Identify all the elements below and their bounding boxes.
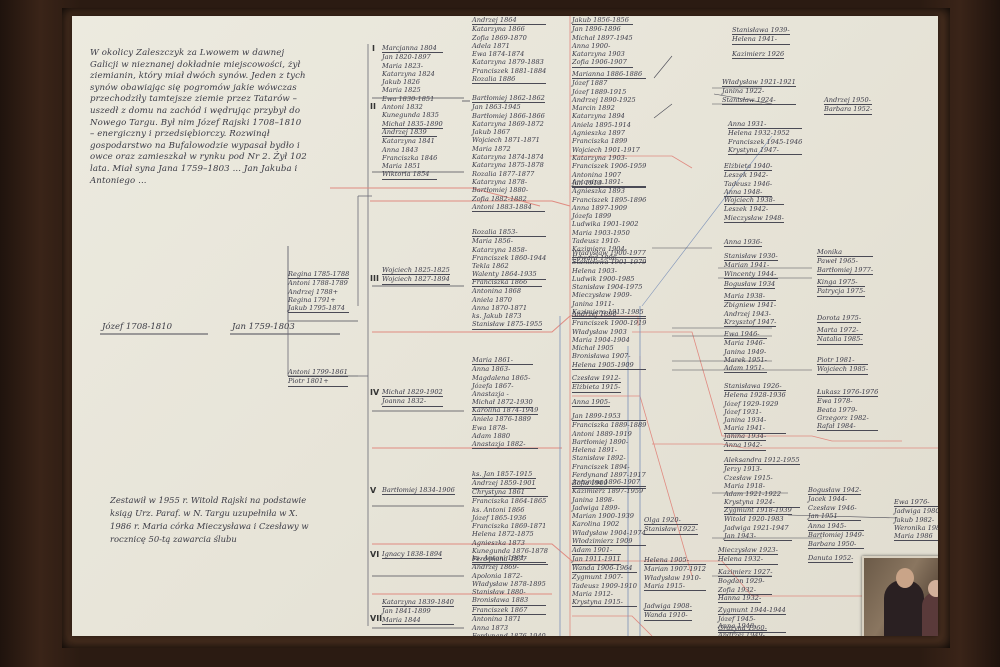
block-f-andrzej: Andrzej 1950-Barbara 1952- — [824, 96, 872, 115]
person-entry: Michał 1905 — [572, 344, 646, 352]
person-entry: Ewa 1830-1851 — [382, 95, 443, 103]
person-entry: Marek 1951- — [724, 356, 767, 364]
person-entry: Anna 1870-1871 — [472, 304, 542, 312]
person-entry: Katarzyna 1903- — [572, 154, 646, 162]
person-entry: Katarzyna 1858- — [472, 246, 546, 254]
person-entry: Anna 1863- — [472, 365, 533, 373]
person-entry: Aniela 1895-1914 — [572, 121, 646, 129]
person-entry: Maria 1823- — [382, 62, 443, 70]
person-entry: Andrzej 1788+ — [288, 288, 349, 296]
person-entry: Krzysztof 1947- — [724, 318, 776, 327]
person-entry: Danuta 1952- — [808, 554, 853, 563]
person-entry: Helena 1932- — [718, 555, 778, 564]
person-entry: Kazimierz 1897-1959 — [572, 487, 646, 495]
person-entry: Krystyna 1915- — [572, 598, 637, 607]
person-entry: Katarzyna 1878- — [472, 178, 545, 186]
person-entry: Regina 1791+ — [288, 296, 349, 304]
generation-mark-v: V — [370, 486, 376, 495]
person-entry: Katarzyna 1875-1878 — [472, 161, 545, 169]
block-gen-iv-michal: Michał 1829-1902Joanna 1832- — [382, 388, 443, 407]
person-entry: Karolina 1902 — [572, 520, 646, 528]
person-entry: Bartłomiej 1977- — [817, 266, 873, 275]
block-gen-i: Marcjanna 1804Jan 1820-1897Maria 1823-Ka… — [382, 44, 443, 129]
person-entry: Wanda 1906-1964 — [572, 564, 637, 573]
person-entry: Beata 1979- — [817, 406, 878, 414]
person-entry: Andrzej 1890-1925 — [572, 96, 646, 104]
person-entry: Helena 1903- — [572, 267, 646, 275]
person-entry: Katarzyna 1894 — [572, 112, 646, 120]
person-entry: Ludwika 1901-1902 — [572, 220, 646, 228]
person-entry: Franciszka 1889-1889 — [572, 421, 646, 429]
person-entry: Maria 1938- — [724, 292, 776, 301]
person-entry: Helena 1872-1875 — [472, 530, 548, 538]
person-entry: Jakub 1826 — [382, 78, 443, 86]
person-entry: Bogdan 1929- — [718, 577, 772, 585]
person-entry: Andrzej 1950- — [824, 96, 872, 105]
person-entry: Czesław 1946- — [808, 504, 861, 512]
photo-man-head — [896, 568, 914, 588]
couple-photograph — [862, 556, 938, 636]
person-entry: Andrzej 1864 — [472, 16, 546, 25]
block-f-piotr: Piotr 1981-Wojciech 1985- — [817, 356, 868, 375]
block-children-ks-antoni: ks. Antoni 1861-Andrzej 1869-Apolonia 18… — [472, 554, 546, 606]
person-entry: Kazimierz 1927- — [718, 568, 772, 577]
block-d-jadwiga: Jadwiga 1908-Wanda 1910- — [644, 602, 692, 621]
person-entry: Stanisława 1939- — [732, 26, 790, 35]
person-entry: Ewa 1878- — [472, 424, 538, 432]
person-entry: Mieczysław 1923- — [718, 546, 778, 555]
person-entry: Agnieszka 1893 — [572, 187, 646, 195]
person-entry: Ignacy 1838-1894 — [382, 550, 442, 559]
block-children-ks-jan: ks. Jan 1857-1915Andrzej 1859-1901 — [472, 470, 536, 489]
person-entry: Adela 1871 — [472, 42, 546, 50]
person-entry: Barbara 1950- — [808, 540, 864, 549]
person-entry: Bartłomiej 1890- — [572, 438, 646, 446]
person-entry: Maria 1851 — [382, 162, 437, 170]
block-e-hanna: Hanna 1932- — [718, 594, 761, 603]
person-entry: Bartłomiej 1862-1862 — [472, 94, 545, 103]
gen1-children: Regina 1785-1788Antoni 1788-1789Andrzej … — [288, 270, 349, 313]
block-e-boguslaw: Bogusław 1934 — [724, 280, 775, 289]
person-entry: Tadeusz 1910- — [572, 237, 646, 245]
person-entry: Janina 1922- — [722, 87, 796, 95]
person-entry: Monika — [817, 248, 873, 257]
person-entry: Helena 1932-1952 — [728, 129, 802, 137]
person-entry: Hanna 1932- — [718, 594, 761, 603]
generation-mark-iii: III — [370, 274, 379, 283]
person-entry: Bartłomiej 1834-1906 — [382, 486, 455, 495]
person-entry: Helena 1905-1909 — [572, 361, 646, 370]
person-entry: Krystyna 1947- — [728, 146, 802, 155]
person-entry: Helena 1905- — [644, 556, 706, 565]
person-entry: Jadwiga 1899- — [572, 504, 646, 512]
person-entry: Franciszek 1900-1919 — [572, 319, 646, 327]
person-entry: Aleksandra 1912-1955 — [724, 456, 800, 465]
person-entry: Elżbieta 1940- — [724, 162, 772, 171]
person-entry: Jakub 1982- — [894, 516, 938, 524]
person-entry: Łukasz 1976-1976 — [817, 388, 878, 397]
block-e-anna-1936: Anna 1936- — [724, 238, 762, 247]
person-entry: Zofia 1869-1870 — [472, 34, 546, 42]
person-entry: Bartłomiej 1866-1866 — [472, 112, 545, 120]
person-entry: Tadeusz 1946- — [724, 180, 772, 188]
author-note: Zestawił w 1955 r. Witold Rajski na pods… — [110, 494, 310, 546]
person-entry: ks. Jakub 1873 — [472, 312, 542, 320]
person-entry: Władysław 1921-1921 — [722, 78, 796, 87]
root-jozef: Józef 1708-1810 — [102, 322, 172, 332]
person-entry: Natalia 1985- — [817, 335, 863, 344]
person-entry: Józef 1929-1929 — [724, 400, 786, 408]
person-entry: Wojciech 1985- — [817, 365, 868, 374]
person-entry: Witold 1920-1983 — [724, 515, 792, 523]
person-entry: Marianna 1886-1886 — [572, 70, 646, 79]
generation-mark-iv: IV — [370, 388, 379, 397]
person-entry: Franciszka 1846 — [382, 154, 437, 162]
person-entry: Bartłomiej 1949- — [808, 531, 864, 539]
person-entry: Jadwiga 1980- — [894, 507, 938, 515]
person-entry: Wanda 1910- — [644, 611, 692, 620]
block-e-wladyslaw: Władysław 1921-1921Janina 1922-Stanisław… — [722, 78, 796, 105]
person-entry: Antoni 1788-1789 — [288, 279, 349, 287]
person-entry: Franciszka 1864-1865 — [472, 497, 548, 505]
person-entry: Patrycja 1975- — [817, 287, 865, 296]
person-entry: Andrzej 1869- — [472, 563, 546, 571]
root-jan: Jan 1759-1803 — [232, 322, 295, 332]
person-entry: Grzegorz 1982- — [817, 414, 878, 422]
block-children-franciszek: Franciszek 1867Antonina 1871Anna 1873Fer… — [472, 606, 546, 636]
person-entry: Zofia 1906-1907 — [572, 58, 633, 67]
person-entry: Stanisław 1892- — [572, 454, 646, 462]
block-children-top: Andrzej 1864Katarzyna 1866Zofia 1869-187… — [472, 16, 546, 84]
block-d-helena: Helena 1905-Marian 1907-1912Władysław 19… — [644, 556, 706, 591]
block-children-bartlomiej: Bartłomiej 1862-1862Jan 1863-1945Bartłom… — [472, 94, 545, 212]
person-entry: Aniela 1876-1889 — [472, 415, 538, 423]
person-entry: Kunegunda 1835 — [382, 111, 443, 119]
person-entry: Maria 1946- — [724, 339, 767, 347]
block-e-anna-1948: Anna 1948-Andrzej 1949-Wiesław 1952- — [718, 622, 767, 636]
person-entry: Franciszek 1895-1896 — [572, 196, 646, 204]
person-entry: Józef 1865-1936 — [472, 514, 548, 522]
person-entry: Jadwiga 1921-1947 — [724, 524, 792, 532]
person-entry: Andrzej 1949- — [718, 631, 767, 636]
person-entry: Anna 1936- — [724, 238, 762, 247]
block-f-dorota: Dorota 1975- — [817, 314, 861, 323]
person-entry: Janina 1949- — [724, 348, 767, 356]
person-entry: Włodzimierz 1909 — [572, 537, 646, 546]
person-entry: Ferdynand 1876-1940 — [472, 632, 546, 636]
person-entry: Józefa 1867- — [472, 382, 533, 390]
person-entry: Katarzyna 1879-1883 — [472, 58, 546, 66]
person-entry: Antoni 1799-1861 — [288, 368, 348, 377]
person-entry: Adam 1901- — [572, 546, 621, 555]
person-entry: Katarzyna 1839-1840 — [382, 598, 454, 607]
person-entry: Maria 1903-1950 — [572, 229, 646, 237]
block-f-anna: Anna 1945-Bartłomiej 1949-Barbara 1950- — [808, 522, 864, 549]
person-entry: Anna 1897-1909 — [572, 204, 646, 212]
block-e-zygmunt: Zygmunt 1918-1939Witold 1920-1983Jadwiga… — [724, 506, 792, 541]
person-entry: Tekla 1862 — [472, 262, 546, 270]
generation-mark-ii: II — [370, 102, 376, 111]
block-e-wojciech: Wojciech 1938-Leszek 1942-Mieczysław 194… — [724, 196, 784, 223]
person-entry: Anna 1873 — [472, 624, 546, 632]
person-entry: Kazimierz 1926 — [732, 50, 784, 59]
block-e-kazimierz: Kazimierz 1926 — [732, 50, 784, 59]
person-entry: Franciszek 1894- — [572, 463, 646, 471]
person-entry: Elżbieta 1915- — [572, 383, 621, 392]
person-entry: Franciszka 1866 — [472, 278, 542, 287]
block-children-karolina: Karolina 1874-1949Aniela 1876-1889Ewa 18… — [472, 406, 538, 449]
person-entry: Stanisław 1922- — [644, 525, 698, 534]
generation-mark-vii: VII — [370, 614, 382, 623]
block-children-maria: Maria 1861-Anna 1863-Magdalena 1865-Józe… — [472, 356, 533, 408]
block-f-boguslaw: Bogusław 1942-Jacek 1944-Czesław 1946-Ja… — [808, 486, 861, 521]
person-entry: ks. Antoni 1866 — [472, 506, 548, 514]
person-entry: Barbara 1952- — [824, 105, 872, 114]
person-entry: Józef 1889-1915 — [572, 88, 646, 96]
person-entry: Anna 1843 — [382, 146, 437, 154]
person-entry: Rafał 1984- — [817, 422, 878, 431]
person-entry: Józef 1887 — [572, 79, 646, 87]
person-entry: Wojciech 1827-1894 — [382, 275, 450, 284]
person-entry: Zbigniew 1941- — [724, 301, 776, 309]
person-entry: Dorota 1975- — [817, 314, 861, 323]
person-entry: Bogusław 1934 — [724, 280, 775, 289]
person-entry: Franciszka 1869-1871 — [472, 522, 548, 530]
person-entry: Zofia 1882-1882 — [472, 195, 545, 203]
person-entry: Kinga 1975- — [817, 278, 865, 287]
person-entry: Maria 1844 — [382, 616, 454, 625]
person-entry: Antoni 1832 — [382, 103, 443, 111]
person-entry: Stanisław 1904-1975 — [572, 283, 646, 291]
person-entry: Katarzyna 1869-1872 — [472, 120, 545, 128]
person-entry: Ewa 1978- — [817, 397, 878, 405]
person-entry: Maria 1918- — [724, 482, 800, 490]
person-entry: Maria 1872 — [472, 145, 545, 153]
person-entry: Zygmunt 1907- — [572, 573, 637, 581]
person-entry: Franciszek 1906-1959 — [572, 162, 646, 170]
block-e-stanislawa: Stanisława 1939-Helena 1941- — [732, 26, 790, 45]
block-e-ewa: Ewa 1946-Maria 1946-Janina 1949-Marek 19… — [724, 330, 767, 373]
person-entry: Paweł 1965- — [817, 257, 873, 265]
block-f-lukasz: Łukasz 1976-1976Ewa 1978-Beata 1979-Grze… — [817, 388, 878, 431]
person-entry: Bogusław 1942- — [808, 486, 861, 495]
block-e-anna: Anna 1931-Helena 1932-1952Franciszek 194… — [728, 120, 802, 155]
person-entry: Andrzej 1943- — [724, 310, 776, 318]
person-entry: Maria 1861- — [472, 356, 533, 365]
block-f-kinga: Kinga 1975-Patrycja 1975- — [817, 278, 865, 297]
person-entry: Jan 1820-1897 — [382, 53, 443, 61]
person-entry: Agnieszka 1897 — [572, 129, 646, 137]
block-d-adam: Adam 1901-Jan 1911-1911 — [572, 546, 621, 565]
block-f-danuta: Danuta 1952- — [808, 554, 853, 563]
person-entry: Rozalia 1886 — [472, 75, 546, 84]
block-e-stanislawa-2: Stanisława 1926-Helena 1928-1936Józef 19… — [724, 382, 786, 434]
person-entry: Jakub 1795-1874 — [288, 304, 349, 313]
block-children-franciszka: Franciszka 1866Antonina 1868Aniela 1870A… — [472, 278, 542, 330]
block-e-stanislaw: Stanisław 1930-Marian 1941-Wincenty 1944… — [724, 252, 778, 279]
person-entry: Helena 1928-1936 — [724, 391, 786, 399]
person-entry: Franciszek 1867 — [472, 606, 546, 615]
person-entry: Olga 1920- — [644, 516, 698, 525]
person-entry: Władysław 1910- — [644, 574, 706, 582]
block-gen-iii: Wojciech 1825-1825Wojciech 1827-1894 — [382, 266, 450, 285]
person-entry: Janina 1934- — [724, 416, 786, 424]
person-entry: Antonina 1868 — [472, 287, 542, 295]
block-e-aleksandra: Aleksandra 1912-1955Jerzy 1913-Czesław 1… — [724, 456, 800, 508]
person-entry: Apolonia 1872- — [472, 572, 546, 580]
person-entry: Maria 1856- — [472, 237, 546, 245]
person-entry: Stanisława 1926- — [724, 382, 786, 391]
person-entry: Władysław 1878-1895 — [472, 580, 546, 588]
person-entry: Stanisław 1875-1955 — [472, 320, 542, 329]
person-entry: Janina 1898- — [572, 496, 646, 504]
person-entry: Anna 1900- — [572, 42, 633, 50]
person-entry: Bronisława 1883 — [472, 596, 546, 605]
person-entry: Zygmunt 1944-1944 — [718, 606, 786, 615]
generation-mark-vi: VI — [370, 550, 379, 559]
block-g-ewa: Ewa 1976-Jadwiga 1980-Jakub 1982-Weronik… — [894, 498, 938, 541]
person-entry: Anna 1942- — [724, 441, 766, 450]
person-entry: ks. Antoni 1861- — [472, 554, 546, 563]
intro-narrative: W okolicy Zaleszczyk za Lwowem w dawnej … — [90, 48, 308, 187]
person-entry: Maria 1825 — [382, 86, 443, 94]
block-e-maria: Maria 1938-Zbigniew 1941-Andrzej 1943-Kr… — [724, 292, 776, 327]
person-entry: Helena 1891- — [572, 446, 646, 454]
person-entry: Antoni 1883-1884 — [472, 203, 545, 212]
person-entry: Franciszek 1860-1944 — [472, 254, 546, 262]
person-entry: Jacek 1944- — [808, 495, 861, 503]
block-e-elzbieta: Elżbieta 1940-Leszek 1942-Tadeusz 1946-A… — [724, 162, 772, 197]
person-entry: Jan 1896-1896 — [572, 25, 633, 33]
block-d-wladyslaw: Władysław 1900-1977Stanisława 1901-1979H… — [572, 249, 646, 317]
person-entry: Marcjanna 1804 — [382, 44, 443, 53]
person-entry: Marian 1907-1912 — [644, 565, 706, 573]
person-entry: Antonina 1871 — [472, 615, 546, 623]
person-entry: Bronisława 1907- — [572, 352, 646, 360]
person-entry: Władysław 1903 — [572, 328, 646, 336]
person-entry: Janina 1911- — [572, 300, 646, 308]
block-d-olga: Olga 1920-Stanisław 1922- — [644, 516, 698, 535]
block-gen-vi: Ignacy 1838-1894 — [382, 550, 442, 559]
person-entry: Katarzyna 1903 — [572, 50, 633, 58]
person-entry: Mieczysław 1948- — [724, 214, 784, 223]
person-entry: Marta 1972- — [817, 326, 863, 335]
person-entry: Jakub 1856-1856 — [572, 16, 633, 25]
person-entry: Czesław 1915- — [724, 474, 800, 482]
person-entry: Stanisław 1924- — [722, 96, 796, 105]
person-entry: Stanisław 1930- — [724, 252, 778, 261]
person-entry: Michał 1829-1902 — [382, 388, 443, 397]
person-entry: Maria 1904-1904 — [572, 336, 646, 344]
block-gen-vii: Katarzyna 1839-1840Jan 1841-1899Maria 18… — [382, 598, 454, 625]
person-entry: Marian 1900-1939 — [572, 512, 646, 520]
person-entry: Marian 1941- — [724, 261, 778, 269]
person-entry: Stanisława 1901-1979 — [572, 258, 646, 266]
block-d-antonina-2: Antonina 1896-1907Kazimierz 1897-1959Jan… — [572, 478, 646, 546]
photo-woman — [922, 592, 938, 636]
person-entry: ks. Jan 1857-1915 — [472, 470, 536, 479]
person-entry: Antoni 1889-1919 — [572, 430, 646, 438]
person-entry: Andrzej 1839 — [382, 128, 437, 137]
person-entry: Jerzy 1913- — [724, 465, 800, 473]
person-entry: Agnieszka 1873 — [472, 539, 548, 547]
person-entry: Antonina 1896-1907 — [572, 478, 646, 487]
generation-mark-i: I — [372, 44, 375, 53]
person-entry: Mieczysław 1909- — [572, 291, 646, 299]
block-f-monika: MonikaPaweł 1965-Bartłomiej 1977- — [817, 248, 873, 275]
block-gen-v: Bartłomiej 1834-1906 — [382, 486, 455, 495]
person-entry: Anna 1931- — [728, 120, 802, 129]
person-entry: Jakub 1867 — [472, 128, 545, 136]
person-entry: Piotr 1801+ — [288, 377, 348, 386]
person-entry: Weronika 1985- — [894, 524, 938, 532]
block-e-mieczyslaw: Mieczysław 1923-Helena 1932- — [718, 546, 778, 565]
person-entry: Maria 1912- — [572, 590, 637, 598]
person-entry: Bartłomiej 1880- — [472, 186, 545, 194]
person-entry: Ewa 1976- — [894, 498, 938, 507]
photo-woman-head — [928, 580, 938, 597]
person-entry: Wojciech 1871-1871 — [472, 136, 545, 144]
person-entry: Rozalia 1853- — [472, 228, 546, 237]
block-gen-ii: Andrzej 1839Katarzyna 1841Anna 1843Franc… — [382, 128, 437, 180]
person-entry: Franciszek 1881-1884 — [472, 67, 546, 75]
block-d-wanda: Wanda 1906-1964Zygmunt 1907-Tadeusz 1909… — [572, 564, 637, 607]
person-entry: Ewa 1946- — [724, 330, 767, 339]
person-entry: Franciszka 1899 — [572, 137, 646, 145]
person-entry: Marcin 1892 — [572, 104, 646, 112]
person-entry: Michał 1897-1945 — [572, 34, 633, 42]
person-entry: Maria 1986 — [894, 532, 938, 541]
block-children-rozalia: Rozalia 1853-Maria 1856-Katarzyna 1858-F… — [472, 228, 546, 280]
person-entry: Anastazja - — [472, 390, 533, 398]
person-entry: Regina 1785-1788 — [288, 270, 349, 279]
block-d-anna: Anna 1905- — [572, 398, 610, 407]
person-entry: Leszek 1942- — [724, 171, 772, 179]
person-entry: Chrystyna 1861 — [472, 488, 548, 497]
person-entry: Franciszek 1945-1946 — [728, 138, 802, 146]
person-entry: Jan 1943- — [724, 532, 792, 541]
person-entry: Władysław 1900-1977 — [572, 249, 646, 258]
person-entry: Aniela 1870 — [472, 296, 542, 304]
person-entry: Leszek 1942- — [724, 205, 784, 213]
block-f-marta: Marta 1972-Natalia 1985- — [817, 326, 863, 345]
person-entry: Anastazja 1882- — [472, 440, 538, 449]
person-entry: Piotr 1981- — [817, 356, 868, 365]
person-entry: Wojciech 1901-1917 — [572, 146, 646, 154]
person-entry: Karolina 1874-1949 — [472, 406, 538, 415]
person-entry: Józef 1931- — [724, 408, 786, 416]
block-e-kazimierz-2: Kazimierz 1927-Bogdan 1929-Zofia 1932- — [718, 568, 772, 595]
person-entry: Ewa 1874-1874 — [472, 50, 546, 58]
person-entry: Katarzyna 1824 — [382, 70, 443, 78]
person-entry: Anna 1948- — [718, 622, 767, 631]
person-entry: Wiktoria 1854 — [382, 170, 437, 179]
person-entry: Zygmunt 1918-1939 — [724, 506, 792, 515]
person-entry: Czesław 1912- — [572, 374, 621, 383]
person-entry: Józefa 1899 — [572, 212, 646, 220]
person-entry: Katarzyna 1874-1874 — [472, 153, 545, 161]
block-d-czeslaw: Czesław 1912-Elżbieta 1915- — [572, 374, 621, 393]
person-entry: Maria 1915- — [644, 582, 706, 591]
block-e-janina: Janina 1934-Anna 1942- — [724, 432, 766, 451]
person-entry: Magdalena 1865- — [472, 374, 533, 382]
person-entry: Jan 1951 — [808, 512, 861, 521]
person-entry: Wojciech 1825-1825 — [382, 266, 450, 275]
person-entry: Władysław 1904-1974 — [572, 529, 646, 537]
person-entry: Andrzej 1890 — [572, 310, 646, 319]
person-entry: Jan 1899-1953 — [572, 412, 646, 421]
block-d-marianna: Marianna 1886-1886Józef 1887Józef 1889-1… — [572, 70, 646, 188]
